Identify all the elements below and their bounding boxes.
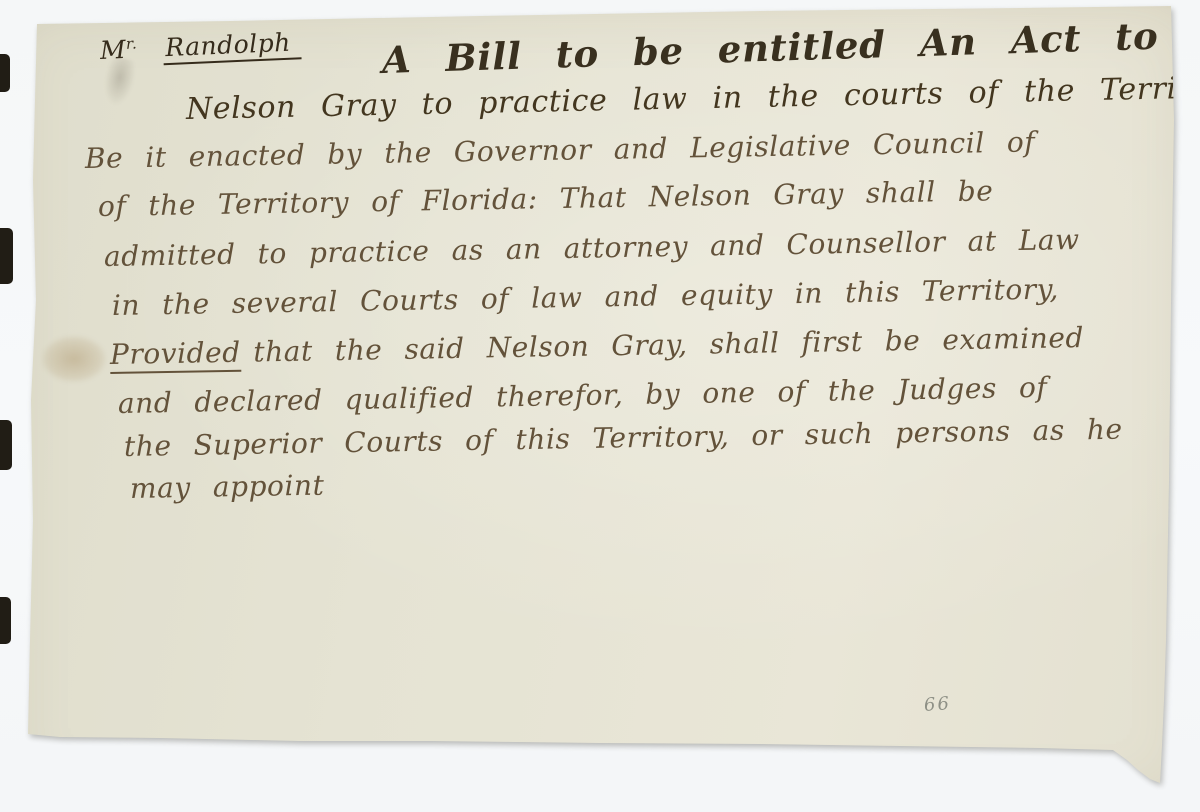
ink-stain-mark <box>42 336 106 382</box>
scan-edge-mark-3 <box>0 420 12 470</box>
sponsor-superscript: r. <box>125 34 137 52</box>
proviso-underlined-word: Provided <box>110 336 241 374</box>
scan-edge-mark-1 <box>0 54 10 92</box>
paper-sheet: Mr. Randolph A Bill to be entitled An Ac… <box>0 0 1200 812</box>
sponsor-initial: M <box>99 35 126 65</box>
paper-surface: Mr. Randolph A Bill to be entitled An Ac… <box>0 0 1200 812</box>
scan-edge-mark-2 <box>0 228 13 284</box>
scan-edge-mark-4 <box>0 597 11 644</box>
pencil-page-number: 66 <box>923 693 951 716</box>
bill-body-line-8: may appoint <box>130 469 325 505</box>
sponsor-name: Randolph <box>163 27 302 65</box>
scanned-document-page: Mr. Randolph A Bill to be entitled An Ac… <box>0 0 1200 812</box>
